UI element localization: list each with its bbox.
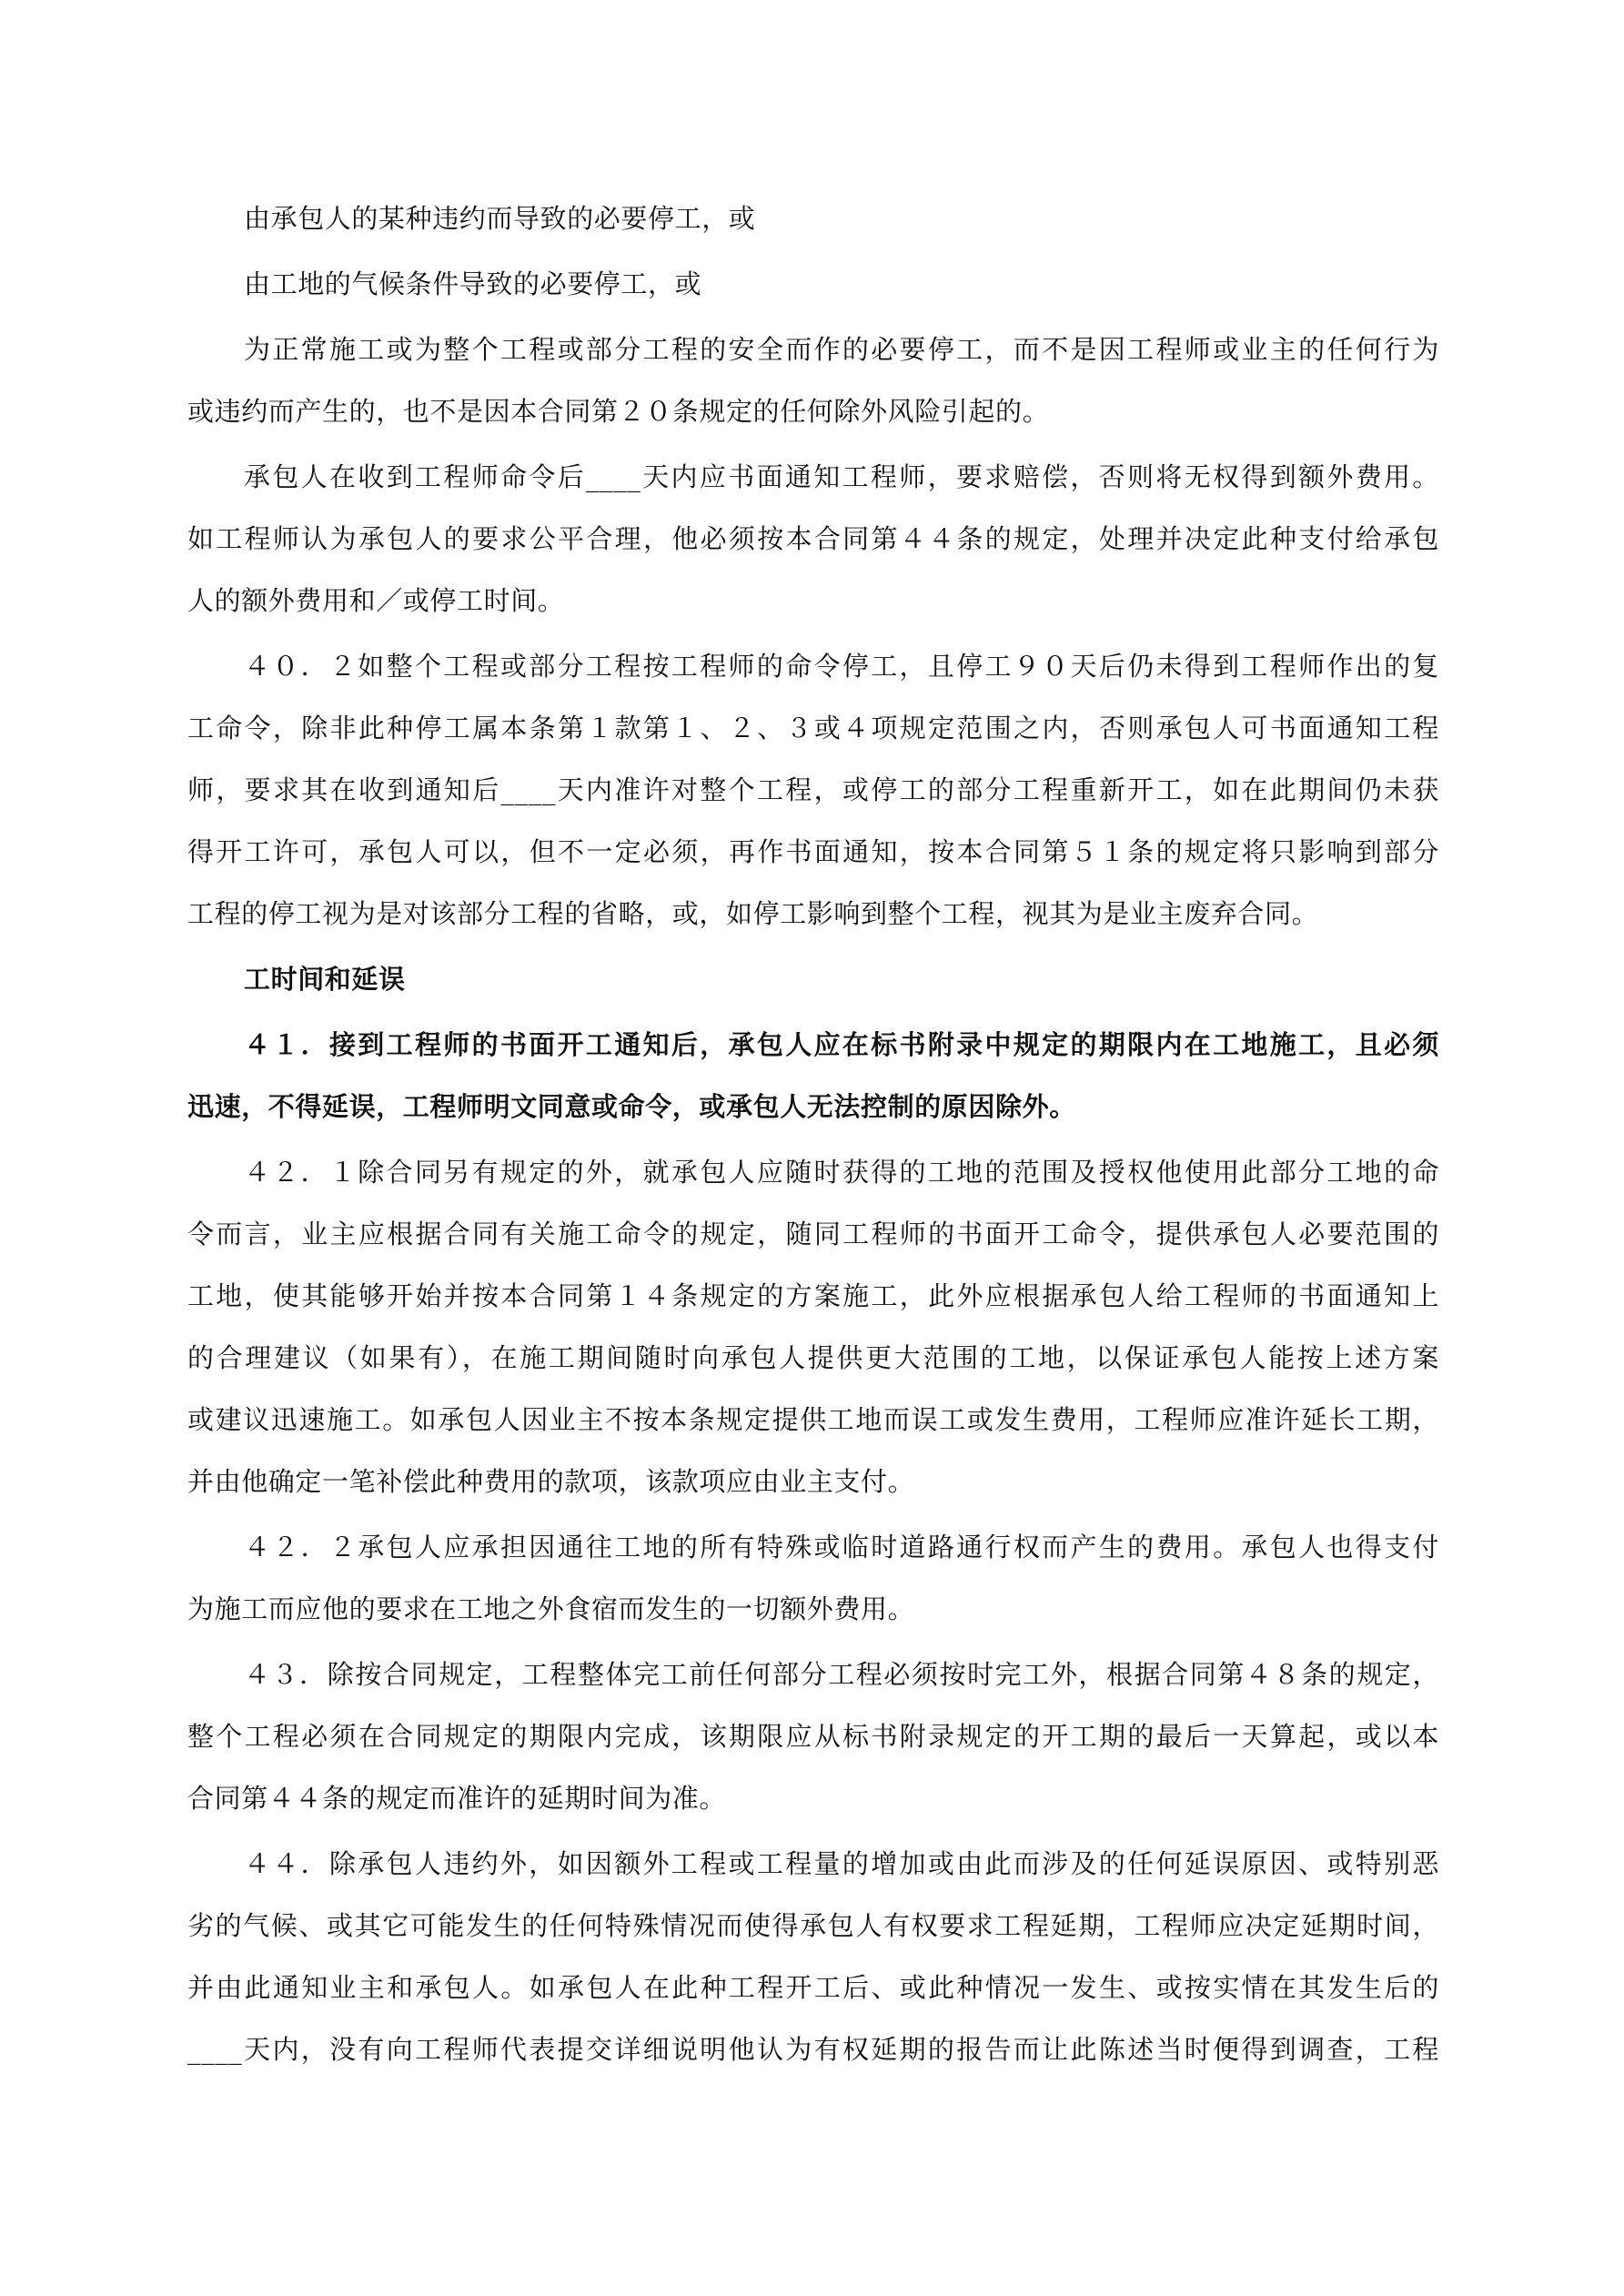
text-line: 迅速，不得延误，工程师明文同意或命令，或承包人无法控制的原因除外。 — [187, 1087, 1439, 1148]
text-line: ４４．除承包人违约外，如因额外工程或工程量的增加或由此而涉及的任何延误原因、或特… — [187, 1844, 1439, 1906]
paragraph-clause-41: ４１．接到工程师的书面开工通知后，承包人应在标书附录中规定的期限内在工地施工，且… — [187, 1025, 1439, 1148]
text-line: 师，要求其在收到通知后____天内准许对整个工程，或停工的部分工程重新开工，如在… — [187, 770, 1439, 832]
text-line: ____天内，没有向工程师代表提交详细说明他认为有权延期的报告而让此陈述当时便得… — [187, 2029, 1439, 2091]
text-line: 工命令，除非此种停工属本条第１款第１、２、３或４项规定范围之内，否则承包人可书面… — [187, 708, 1439, 770]
paragraph-notice-claim: 承包人在收到工程师命令后____天内应书面通知工程师，要求赔偿，否则将无权得到额… — [187, 457, 1439, 642]
paragraph-safety-suspension: 为正常施工或为整个工程或部分工程的安全而作的必要停工，而不是因工程师或业主的任何… — [187, 329, 1439, 453]
text-line: 劣的气候、或其它可能发生的任何特殊情况而使得承包人有权要求工程延期，工程师应决定… — [187, 1906, 1439, 1967]
text-line: ４２．２承包人应承担因通往工地的所有特殊或临时道路通行权而产生的费用。承包人也得… — [187, 1527, 1439, 1589]
text-line: 由工地的气候条件导致的必要停工，或 — [187, 264, 1439, 326]
heading-text: 工时间和延误 — [187, 959, 1439, 1021]
text-line: 并由他确定一笔补偿此种费用的款项，该款项应由业主支付。 — [187, 1462, 1439, 1523]
paragraph-clause-42-1: ４２．１除合同另有规定的外，就承包人应随时获得的工地的范围及授权他使用此部分工地… — [187, 1152, 1439, 1523]
paragraph-clause-40-2: ４０．２如整个工程或部分工程按工程师的命令停工，且停工９０天后仍未得到工程师作出… — [187, 646, 1439, 956]
text-line: ４１．接到工程师的书面开工通知后，承包人应在标书附录中规定的期限内在工地施工，且… — [187, 1025, 1439, 1087]
text-line: 或建议迅速施工。如承包人因业主不按本条规定提供工地而误工或发生费用，工程师应准许… — [187, 1400, 1439, 1462]
text-line: 合同第４４条的规定而准许的延期时间为准。 — [187, 1778, 1439, 1840]
text-line: 得开工许可，承包人可以，但不一定必须，再作书面通知，按本合同第５１条的规定将只影… — [187, 832, 1439, 894]
text-line: 的合理建议（如果有），在施工期间随时向承包人提供更大范围的工地，以保证承包人能按… — [187, 1338, 1439, 1400]
paragraph-clause-43: ４３．除按合同规定，工程整体完工前任何部分工程必须按时完工外，根据合同第４８条的… — [187, 1654, 1439, 1840]
text-line: ４０．２如整个工程或部分工程按工程师的命令停工，且停工９０天后仍未得到工程师作出… — [187, 646, 1439, 708]
text-line: 为施工而应他的要求在工地之外食宿而发生的一切额外费用。 — [187, 1589, 1439, 1651]
text-line: 人的额外费用和／或停工时间。 — [187, 581, 1439, 642]
section-heading: 工时间和延误 — [187, 959, 1439, 1021]
text-line: ４２．１除合同另有规定的外，就承包人应随时获得的工地的范围及授权他使用此部分工地… — [187, 1152, 1439, 1214]
document-page: 由承包人的某种违约而导致的必要停工，或 由工地的气候条件导致的必要停工，或 为正… — [187, 198, 1439, 2095]
text-line: 工地，使其能够开始并按本合同第１４条规定的方案施工，此外应根据承包人给工程师的书… — [187, 1276, 1439, 1338]
text-line: 承包人在收到工程师命令后____天内应书面通知工程师，要求赔偿，否则将无权得到额… — [187, 457, 1439, 519]
text-line: 整个工程必须在合同规定的期限内完成，该期限应从标书附录规定的开工期的最后一天算起… — [187, 1716, 1439, 1778]
paragraph-weather-conditions: 由工地的气候条件导致的必要停工，或 — [187, 264, 1439, 326]
paragraph-clause-44: ４４．除承包人违约外，如因额外工程或工程量的增加或由此而涉及的任何延误原因、或特… — [187, 1844, 1439, 2091]
text-line: 为正常施工或为整个工程或部分工程的安全而作的必要停工，而不是因工程师或业主的任何… — [187, 329, 1439, 391]
text-line: 工程的停工视为是对该部分工程的省略，或，如停工影响到整个工程，视其为是业主废弃合… — [187, 894, 1439, 956]
text-line: 由承包人的某种违约而导致的必要停工，或 — [187, 198, 1439, 260]
text-line: 如工程师认为承包人的要求公平合理，他必须按本合同第４４条的规定，处理并决定此种支… — [187, 519, 1439, 581]
paragraph-contractor-default: 由承包人的某种违约而导致的必要停工，或 — [187, 198, 1439, 260]
text-line: 令而言，业主应根据合同有关施工命令的规定，随同工程师的书面开工命令，提供承包人必… — [187, 1214, 1439, 1276]
text-line: 并由此通知业主和承包人。如承包人在此种工程开工后、或此种情况一发生、或按实情在其… — [187, 1967, 1439, 2029]
text-line: 或违约而产生的，也不是因本合同第２０条规定的任何除外风险引起的。 — [187, 391, 1439, 453]
text-line: ４３．除按合同规定，工程整体完工前任何部分工程必须按时完工外，根据合同第４８条的… — [187, 1654, 1439, 1716]
paragraph-clause-42-2: ４２．２承包人应承担因通往工地的所有特殊或临时道路通行权而产生的费用。承包人也得… — [187, 1527, 1439, 1651]
